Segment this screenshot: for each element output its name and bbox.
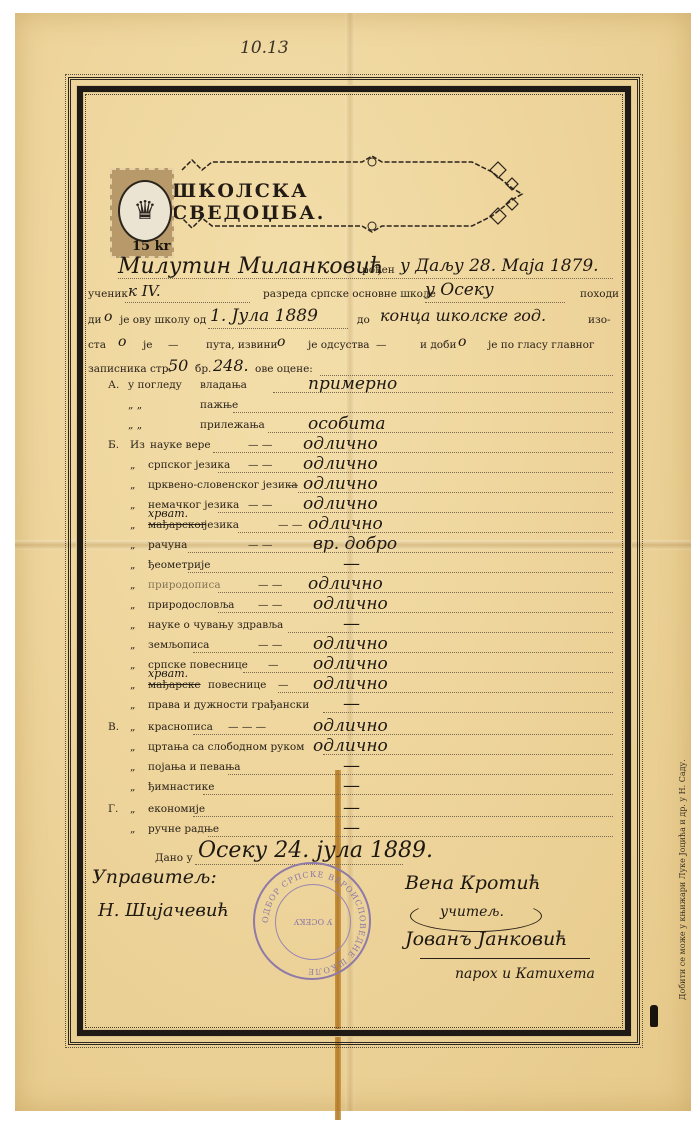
row-subject: ручне радње (148, 823, 219, 835)
left-label: изо- (588, 314, 611, 326)
seal-center: У ОСЕКУ (275, 884, 351, 960)
grade-row-health: „ науке о чувању здравља — (118, 616, 613, 636)
grade-row-church-slavonic: „ црквено-словенског језика — одлично (118, 476, 613, 496)
row-line (238, 532, 613, 533)
left-label-2: ста (88, 339, 106, 351)
times-value: — (168, 339, 179, 351)
grade-row-geography: „ земљописа — — одлично (118, 636, 613, 656)
grade-row-physics: „ природословља — — одлично (118, 596, 613, 616)
excused-value: о (277, 334, 285, 350)
row-grade: одлично (303, 434, 378, 454)
from-date-line (208, 328, 348, 329)
row-subject: краснописа (148, 721, 213, 733)
priest-signature: Јованъ Јанковић (405, 928, 567, 950)
row-grade: одлично (313, 674, 388, 694)
row-dashes: — (268, 659, 279, 671)
row-subject: пажње (200, 399, 238, 411)
row-line (203, 794, 613, 795)
row-dashes: — — (258, 639, 282, 651)
born-label: рођен (362, 264, 395, 276)
pointing-hand-icon (650, 1005, 658, 1027)
archive-number: 10.13 (240, 38, 289, 58)
section-letter-b: Б. (108, 439, 119, 451)
row-grade: — (343, 554, 360, 574)
row-line (218, 612, 613, 613)
row-prefix: „ (130, 781, 135, 793)
to-value: конца школске год. (380, 306, 546, 325)
stamp-value: 15 kr (132, 239, 170, 254)
school-place: у Осеку (425, 280, 494, 300)
section-letter-g: Г. (108, 803, 118, 815)
row-grade: одлично (313, 654, 388, 674)
row-line (233, 412, 613, 413)
issued-label: Дано у (155, 852, 193, 864)
director-signature: Н. Шијачевић (98, 900, 229, 921)
struck-subject: мађарског (148, 519, 206, 531)
row-subject: науке вере (150, 439, 211, 451)
class-label: разреда српске основне школе (263, 288, 436, 300)
row-prefix: у погледу (128, 379, 182, 391)
grade-row-gymnastics: „ ђимнастике — (118, 778, 613, 798)
row-prefix: „ (130, 679, 135, 691)
section-letter-v: В. (108, 721, 119, 733)
row-subject: земљописа (148, 639, 209, 651)
row-prefix: „ „ (128, 419, 142, 431)
row-dashes: — — (248, 499, 272, 511)
row-dashes: — — (258, 599, 282, 611)
missed-value: о (118, 334, 126, 350)
row-prefix: „ (130, 519, 135, 531)
row-prefix: „ (130, 479, 135, 491)
row-dashes: — (288, 479, 299, 491)
name-line (118, 278, 613, 279)
grade-row-religion: Б. Из науке вере — — одлично (118, 436, 613, 456)
place-line (425, 302, 565, 303)
grade-row-civics: „ права и дужности грађански — (118, 696, 613, 716)
row-dashes: — — — (228, 721, 266, 733)
row-dashes: — — (278, 519, 302, 531)
row-line (218, 592, 613, 593)
section-letter-a: А. (108, 379, 119, 391)
row-subject: природописа (148, 579, 221, 591)
grade-row-calligraphy: В. „ краснописа — — — одлично (118, 718, 613, 738)
row-grade: одлично (313, 594, 388, 614)
row-subject: ђимнастике (148, 781, 214, 793)
row-grade: одлично (303, 474, 378, 494)
row-prefix: „ (130, 803, 135, 815)
row-grade: — (343, 776, 360, 796)
row-grade: — (343, 798, 360, 818)
row-grade: — (343, 694, 360, 714)
row-line (288, 632, 613, 633)
attended-label-2: је ову школу од (120, 314, 206, 326)
row-grade: одлично (313, 736, 388, 756)
row-grade: примерно (308, 374, 397, 394)
times-label: пута, извини (206, 339, 278, 351)
attended-label-di: ди (88, 314, 101, 326)
row-line (243, 672, 613, 673)
revenue-stamp: ♛ 15 kr (110, 168, 174, 258)
row-prefix: „ (130, 599, 135, 611)
grade-row-natural-history: „ природописа — — одлично (118, 576, 613, 596)
page-value: 50 (168, 356, 188, 375)
row-grade: особита (308, 414, 386, 434)
row-prefix: „ (130, 761, 135, 773)
row-grade: одлично (313, 716, 388, 736)
absence-value: — (376, 339, 387, 351)
struck-subject: мађарске (148, 679, 201, 691)
row-subject: повеснице (208, 679, 266, 691)
grade-row-german: „ немачког језика — — одлично (118, 496, 613, 516)
row-grade: одлично (303, 494, 378, 514)
row-prefix: „ (130, 659, 135, 671)
grade-row-serbian: „ српског језика — — одлично (118, 456, 613, 476)
row-prefix: „ (130, 539, 135, 551)
row-line (323, 712, 613, 713)
grade-row-arithmetic: „ рачуна — — вр. добро (118, 536, 613, 556)
row-line (193, 734, 613, 735)
row-prefix: „ (130, 823, 135, 835)
grade-row-croatian-history: „ хрват. мађарске повеснице — одлично (118, 676, 613, 696)
row-prefix: „ (130, 499, 135, 511)
grade-row-singing: „ појања и певања — (118, 758, 613, 778)
row-dashes: — — (248, 459, 272, 471)
row-subject: црквено-словенског језика (148, 479, 298, 491)
born-place-date: у Даљу 28. Маја 1879. (400, 256, 599, 276)
row-grade: одлично (303, 454, 378, 474)
grade-row-diligence: „ „ прилежања особита (118, 416, 613, 436)
number-label: бр. (195, 363, 211, 375)
je-label: је (143, 339, 152, 351)
row-line (228, 774, 613, 775)
row-subject: прилежања (200, 419, 265, 431)
attended-label-1: походи (580, 288, 619, 300)
row-line (218, 512, 613, 513)
grade-row-drawing: „ цртања са слободном руком одлично (118, 738, 613, 758)
row-line (188, 552, 613, 553)
row-line (213, 452, 613, 453)
school-seal: ОДБОР СРПСКЕ ВЕРОИСПОВЕДНЕ ШКОЛЕ У ОСЕКУ (253, 862, 371, 980)
grade-row-economy: Г. „ економије — (118, 800, 613, 820)
pupil-label: ученик (88, 288, 128, 300)
title-cartouche: ШКОЛСКА СВЕДОЏБА. (172, 148, 542, 238)
document-title: ШКОЛСКА СВЕДОЏБА. (172, 180, 462, 224)
row-prefix: Из (130, 439, 145, 451)
grade-row-geometry: „ ђеометрије — (118, 556, 613, 576)
row-prefix: „ (130, 559, 135, 571)
row-line (193, 816, 613, 817)
row-prefix: „ (130, 741, 135, 753)
printer-note: Добити се може у књижари Луке Јоцића и д… (678, 759, 687, 1000)
row-prefix: „ „ (128, 399, 142, 411)
voice-label: је по гласу главног (488, 339, 594, 351)
grade-row-croatian: „ хрват. мађарског језика — — одлично (118, 516, 613, 536)
row-grade: — (343, 756, 360, 776)
row-subject: рачуна (148, 539, 187, 551)
row-grade: вр. добро (313, 534, 397, 554)
attended-value: о (104, 309, 112, 325)
row-subject: права и дужности грађански (148, 699, 309, 711)
register-label: записника стр. (88, 363, 172, 375)
row-prefix: „ (130, 699, 135, 711)
grade-row-attention: „ „ пажње (118, 396, 613, 416)
row-dashes: — — (258, 579, 282, 591)
director-title: Управитељ: (92, 866, 217, 888)
number-value: 248. (213, 356, 249, 375)
row-line (218, 472, 613, 473)
row-line (188, 572, 613, 573)
student-name: Милутин Миланковић (118, 254, 384, 279)
row-grade: — (343, 614, 360, 634)
issued-place-date: Осеку 24. јула 1889. (198, 838, 433, 863)
coat-of-arms-icon: ♛ (118, 180, 172, 242)
row-subject: природословља (148, 599, 234, 611)
row-line (193, 652, 613, 653)
row-subject: језика (204, 519, 239, 531)
row-subject: цртања са слободном руком (148, 741, 304, 753)
row-grade: одлично (313, 634, 388, 654)
row-dashes: — — (248, 539, 272, 551)
grade-row-handicraft: „ ручне радње — (118, 820, 613, 840)
row-prefix: „ (130, 639, 135, 651)
row-dashes: — — (248, 439, 272, 451)
row-subject: појања и певања (148, 761, 240, 773)
row-prefix: „ (130, 721, 135, 733)
grade-row-serbian-history: „ српске повеснице — одлично (118, 656, 613, 676)
row-grade: одлично (308, 574, 383, 594)
received-label: и доби (420, 339, 456, 351)
received-value: о (458, 334, 466, 350)
from-date: 1. Јула 1889 (210, 306, 318, 326)
absence-label: је одсуства (308, 339, 370, 351)
grade-row-conduct: А. у погледу владања примерно (118, 376, 613, 396)
to-label: до (357, 314, 370, 326)
row-subject: науке о чувању здравља (148, 619, 283, 631)
row-grade: — (343, 818, 360, 838)
priest-title: парох и Катихета (455, 966, 595, 982)
row-prefix: „ (130, 619, 135, 631)
row-subject: владања (200, 379, 247, 391)
grades-label: ове оцене: (255, 363, 313, 375)
class-line (125, 302, 250, 303)
row-dashes: — (278, 679, 289, 691)
teacher-signature: Вена Кротић (405, 872, 541, 894)
row-subject: српског језика (148, 459, 230, 471)
grade-class: к IV. (128, 282, 161, 300)
row-prefix: „ (130, 579, 135, 591)
priest-underline (420, 958, 590, 959)
row-line (208, 836, 613, 837)
row-grade: одлично (308, 514, 383, 534)
row-prefix: „ (130, 459, 135, 471)
row-subject: економије (148, 803, 205, 815)
row-subject: ђеометрије (148, 559, 210, 571)
